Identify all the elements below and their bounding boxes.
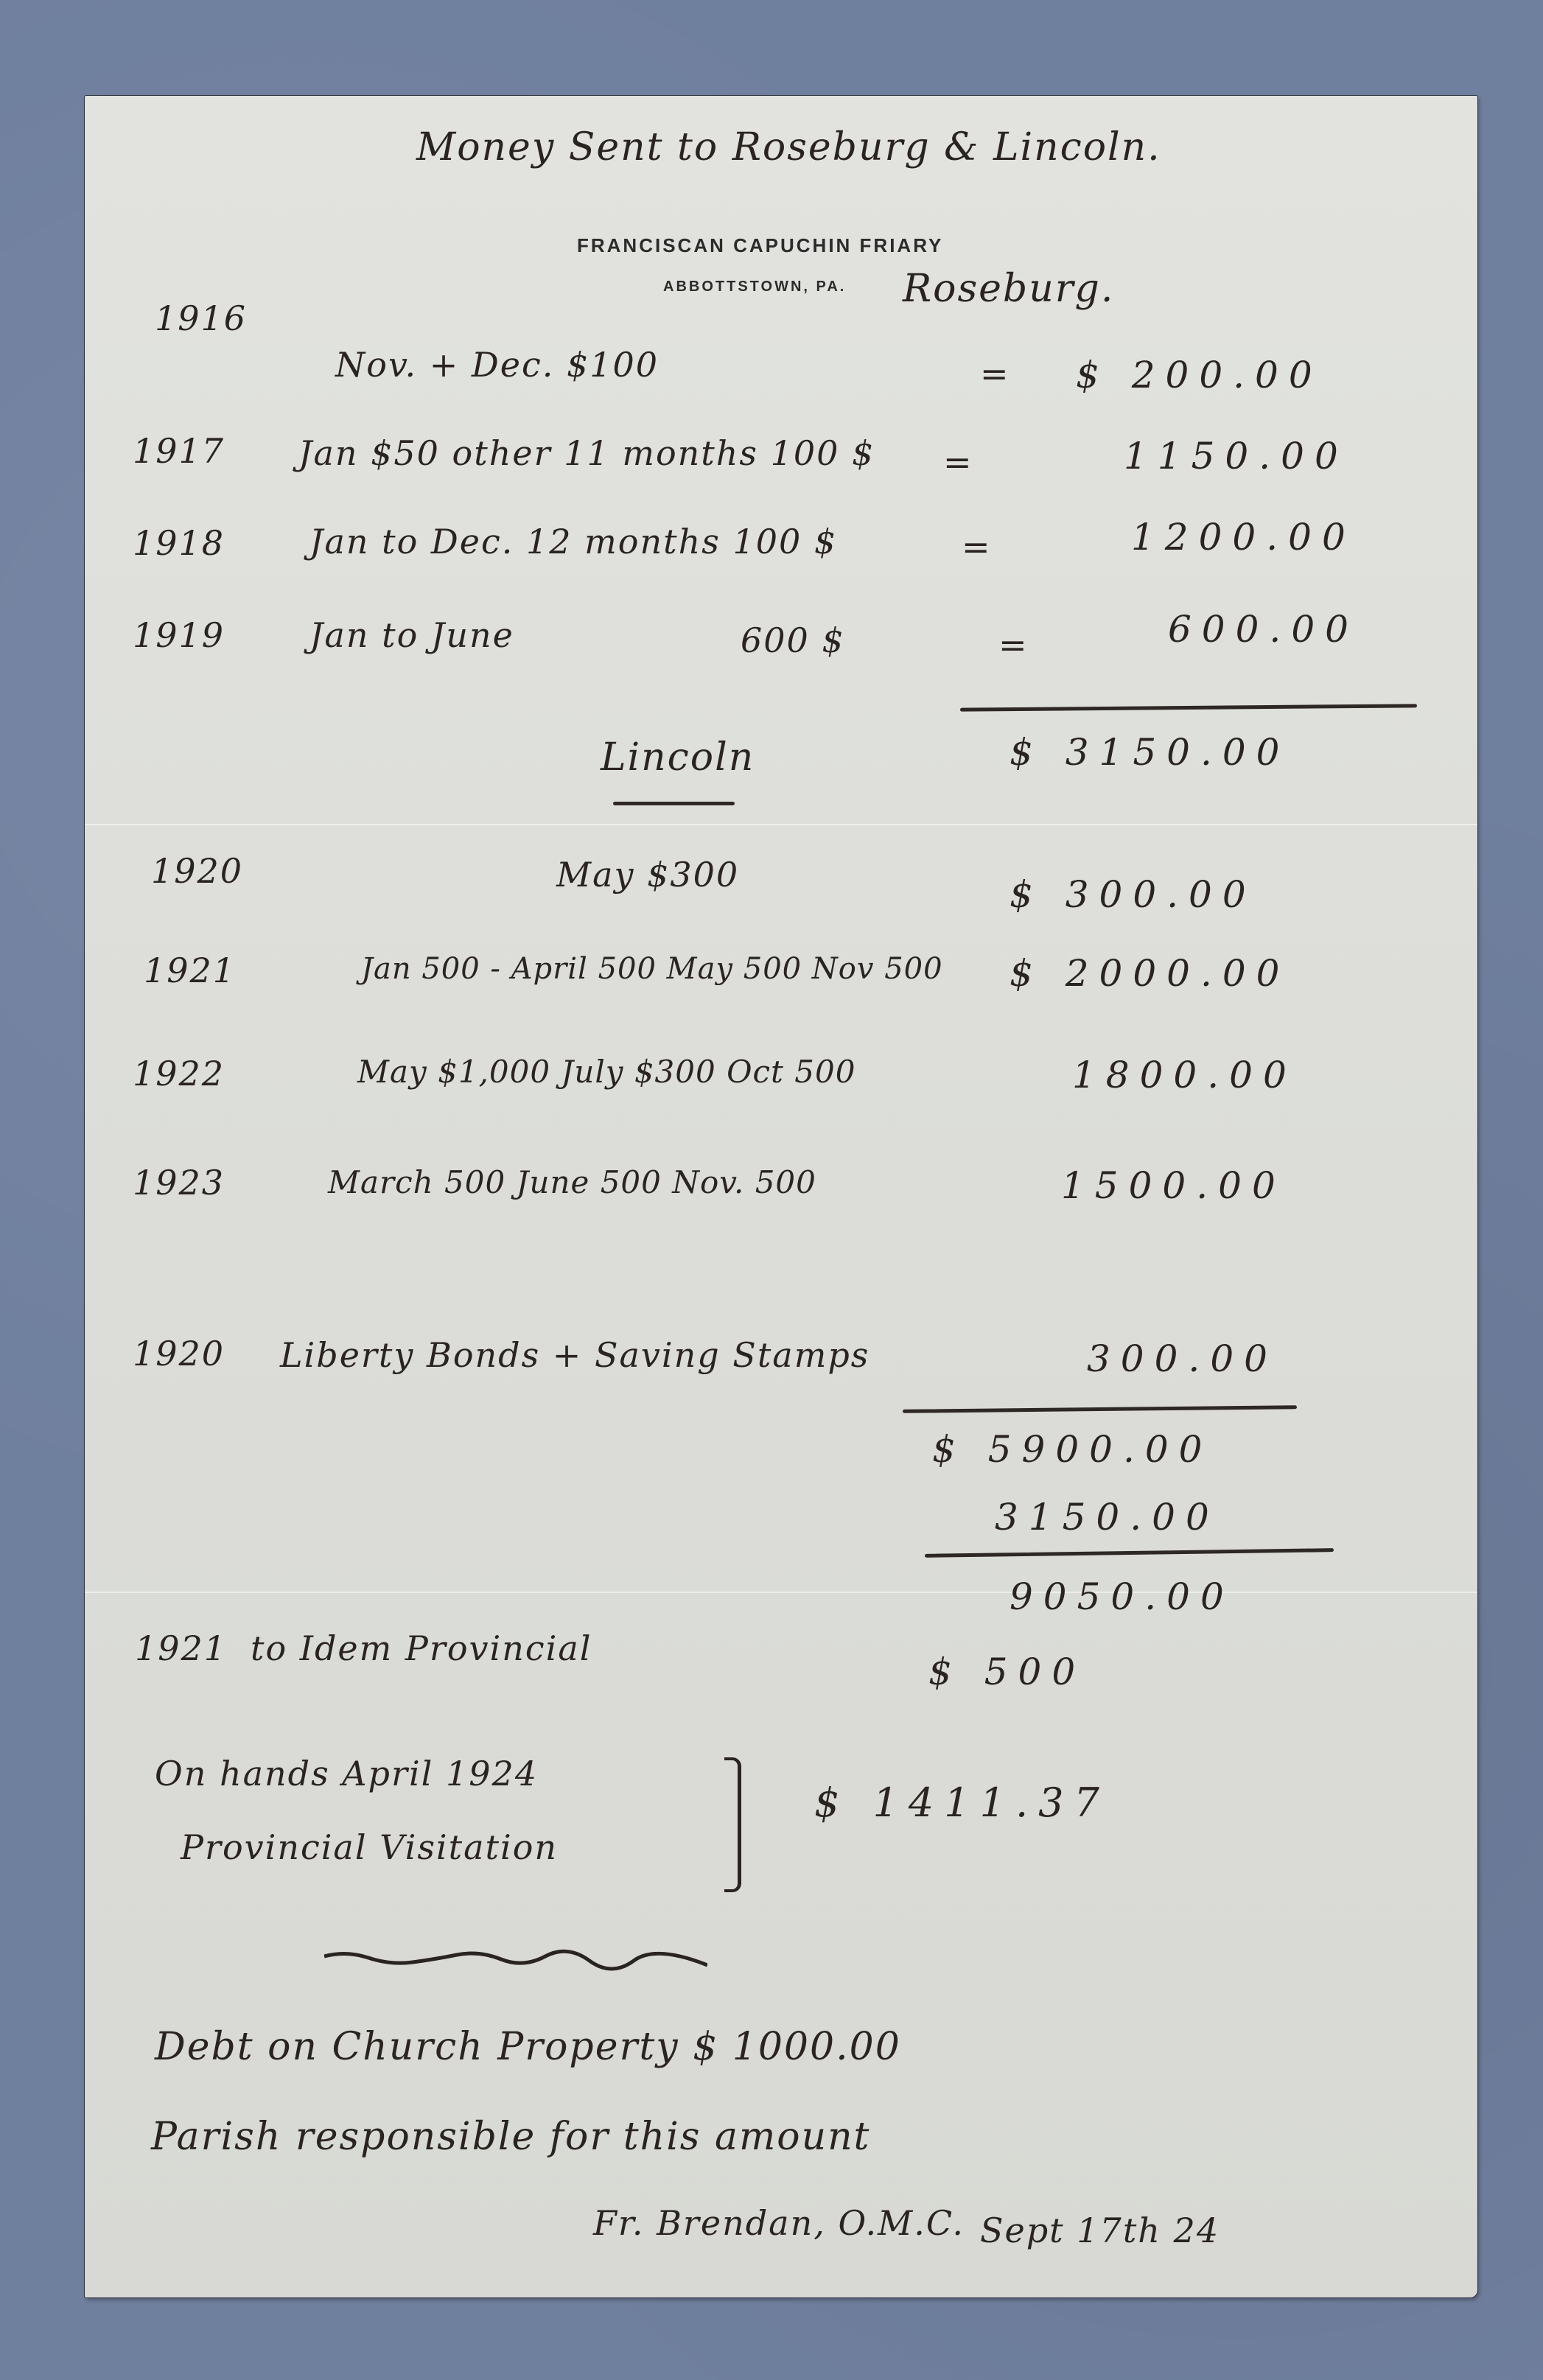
grouping-brace — [724, 1757, 741, 1892]
provincial-year: 1921 — [135, 1628, 227, 1668]
entry-equals: = — [962, 527, 992, 567]
paper-fold-line — [85, 824, 1477, 825]
provincial-description: to Idem Provincial — [251, 1628, 592, 1668]
paper-fold-line — [85, 1592, 1477, 1593]
entry-year: 1919 — [133, 615, 225, 655]
debt-line: Debt on Church Property $ 1000.00 — [155, 2025, 901, 2069]
roseburg-carry: 3150.00 — [995, 1496, 1220, 1539]
entry-year: 1917 — [133, 431, 225, 471]
entry-description: Liberty Bonds + Saving Stamps — [280, 1335, 870, 1375]
entry-amount: 1800.00 — [1072, 1054, 1297, 1096]
entry-description: March 500 June 500 Nov. 500 — [328, 1164, 816, 1200]
parish-responsibility-line: Parish responsible for this amount — [151, 2115, 870, 2159]
entry-equals: = — [998, 625, 1029, 665]
entry-description: Jan to Dec. 12 months 100 $ — [309, 522, 837, 561]
entry-amount: 1200.00 — [1131, 516, 1356, 559]
letterhead-name: FRANCISCAN CAPUCHIN FRIARY — [577, 234, 943, 257]
entry-equals: = — [980, 354, 1010, 393]
section-heading-lincoln: Lincoln — [601, 735, 755, 780]
entry-year: 1916 — [155, 298, 247, 338]
entry-year: 1920 — [133, 1334, 225, 1373]
entry-year: 1922 — [133, 1054, 225, 1093]
entry-description: May $300 — [556, 855, 739, 895]
entry-amount: 600.00 — [1168, 608, 1359, 651]
entry-amount: 1500.00 — [1061, 1164, 1286, 1207]
entry-description: Jan to June — [309, 615, 514, 655]
signature-date: Sept 17th 24 — [980, 2211, 1220, 2250]
provincial-amount: $ 500 — [928, 1651, 1085, 1693]
entry-description: Jan 500 - April 500 May 500 Nov 500 — [361, 952, 943, 986]
on-hands-line: On hands April 1924 — [155, 1754, 538, 1793]
entry-year: 1923 — [133, 1163, 225, 1203]
document-title: Money Sent to Roseburg & Lincoln. — [416, 125, 1161, 169]
lincoln-subtotal: $ 5900.00 — [932, 1428, 1212, 1471]
entry-equals: = — [943, 442, 973, 482]
entry-description: Nov. + Dec. $100 — [335, 345, 659, 385]
wavy-divider — [324, 1949, 707, 1978]
roseburg-total: $ 3150.00 — [1010, 731, 1290, 774]
document-page: Money Sent to Roseburg & Lincoln. FRANCI… — [85, 96, 1477, 2297]
subtotal-underline — [903, 1405, 1297, 1413]
heading-underline — [613, 802, 735, 805]
entry-year: 1920 — [151, 851, 243, 891]
letterhead-location: ABBOTTSTOWN, PA. — [663, 279, 846, 295]
on-hands-amount: $ 1411.37 — [814, 1779, 1110, 1826]
grand-total-underline — [925, 1548, 1334, 1558]
section-heading-roseburg: Roseburg. — [903, 267, 1114, 311]
total-underline — [960, 704, 1417, 711]
entry-extra: 600 $ — [741, 620, 845, 660]
entry-year: 1921 — [144, 951, 236, 990]
entry-description: May $1,000 July $300 Oct 500 — [357, 1054, 856, 1090]
entry-amount: $ 300.00 — [1010, 873, 1256, 916]
entry-amount: $ 200.00 — [1076, 354, 1323, 396]
entry-description: Jan $50 other 11 months 100 $ — [298, 433, 875, 473]
entry-amount: 1150.00 — [1124, 435, 1348, 477]
grand-total: 9050.00 — [1010, 1575, 1234, 1618]
signature-name: Fr. Brendan, O.M.C. — [593, 2203, 965, 2243]
entry-amount: $ 2000.00 — [1010, 952, 1290, 995]
provincial-visitation-line: Provincial Visitation — [181, 1827, 558, 1867]
entry-amount: 300.00 — [1087, 1337, 1278, 1380]
entry-year: 1918 — [133, 523, 225, 563]
